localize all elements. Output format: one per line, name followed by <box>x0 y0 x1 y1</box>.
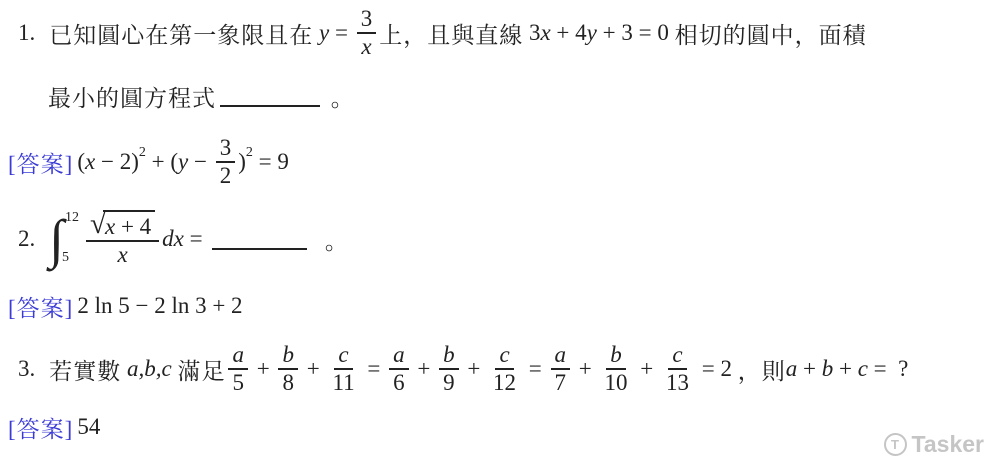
math-text: ( <box>77 149 85 175</box>
problem-1-line-1: 1. 已知圓心在第一象限且在 y = 3x上，且與直線 3x + 4y + 3 … <box>18 4 867 62</box>
math-text: ) <box>238 149 246 175</box>
fraction-denominator: 12 <box>489 370 520 396</box>
text-run: ，則 <box>738 353 786 386</box>
problem-3-text: 若實數 a,b,c 滿足a5 + b8 + c11 = a6 + b9 + c1… <box>49 342 908 397</box>
math-fraction: 3x <box>357 6 377 61</box>
fraction-numerator: c <box>334 342 352 370</box>
math-text: + <box>833 356 857 382</box>
answer-2-label: [答案] <box>8 290 73 323</box>
problem-2-number: 2. <box>18 226 35 252</box>
answer-2-formula: 2 ln 5 − 2 ln 3 + 2 <box>77 293 242 319</box>
fraction-numerator: a <box>389 342 409 370</box>
math-text: a <box>232 342 244 367</box>
problem-3-line-1: 3. 若實數 a,b,c 滿足a5 + b8 + c11 = a6 + b9 +… <box>18 336 908 402</box>
answer-2-line: [答案] 2 ln 5 − 2 ln 3 + 2 <box>8 288 243 324</box>
answer-3-label: [答案] <box>8 411 73 444</box>
math-text: b <box>282 342 294 367</box>
problem-1-line-2: 最小的圓方程式 。 <box>48 76 355 116</box>
math-text: + <box>797 356 821 382</box>
math-text: 11 <box>332 370 354 395</box>
math-text: + 4 <box>551 20 587 46</box>
math-text: x <box>118 242 128 267</box>
fraction-denominator: x <box>357 34 375 60</box>
fraction-denominator: 10 <box>601 370 632 396</box>
text-run: 。 <box>324 80 355 113</box>
fraction-denominator: 7 <box>551 370 571 396</box>
fraction-numerator: c <box>495 342 513 370</box>
fraction-numerator: 3 <box>216 135 236 163</box>
math-text: c <box>672 342 682 367</box>
answer-1-formula: (x − 2)2 + (y − 32)2 = 9 <box>77 135 289 190</box>
text-run: 上，且與直線 <box>379 17 523 50</box>
math-text: + 3 = 0 <box>597 20 675 46</box>
math-text: 5 <box>232 370 244 395</box>
integral-limits: 125 <box>64 209 79 269</box>
math-fraction: b10 <box>601 342 632 397</box>
integral-lower-limit: 5 <box>62 250 79 266</box>
math-text: + <box>412 356 436 382</box>
math-text: 8 <box>282 370 294 395</box>
math-text: a,b,c <box>127 356 172 382</box>
watermark-brand-text: Tasker <box>912 431 984 458</box>
fraction-numerator: 3 <box>357 6 377 34</box>
math-text: c <box>338 342 348 367</box>
math-text: 10 <box>605 370 628 395</box>
answer-1-label: [答案] <box>8 146 73 179</box>
math-text: c <box>858 356 868 382</box>
math-text: 9 <box>443 370 455 395</box>
math-text: 54 <box>77 414 100 440</box>
math-text: − 2) <box>95 149 139 175</box>
math-text: 2 <box>220 163 232 188</box>
math-text: + <box>573 356 597 382</box>
fraction-denominator: 2 <box>216 163 236 189</box>
problem-2-text: ∫125√x + 4xdx = 。 <box>49 206 349 272</box>
math-text: 7 <box>555 370 567 395</box>
answer-blank-line <box>212 248 307 250</box>
math-text: 3 <box>361 6 373 31</box>
math-fraction: √x + 4x <box>86 210 159 269</box>
math-text: = <box>184 226 208 252</box>
math-text: = <box>362 356 386 382</box>
fraction-denominator: 9 <box>439 370 459 396</box>
math-fraction: c12 <box>489 342 520 397</box>
text-run: 已知圓心在第一象限且在 <box>49 17 313 50</box>
fraction-denominator: x <box>114 242 132 268</box>
fraction-denominator: 5 <box>228 370 248 396</box>
text-run: 滿足 <box>177 353 225 386</box>
integral-sign: ∫125 <box>49 206 79 272</box>
integral-upper-limit: 12 <box>65 210 79 226</box>
fraction-denominator: 6 <box>389 370 409 396</box>
math-text: = <box>329 20 353 46</box>
math-text: 13 <box>666 370 689 395</box>
fraction-numerator: b <box>439 342 459 370</box>
fraction-numerator: √x + 4 <box>86 210 159 242</box>
math-text: = <box>523 356 547 382</box>
text-run: 相切的圓中，面積 <box>675 17 867 50</box>
problem-1-text-continued: 最小的圓方程式 。 <box>48 80 355 113</box>
fraction-denominator: 13 <box>662 370 693 396</box>
math-text: a <box>555 342 567 367</box>
math-text: a <box>393 342 405 367</box>
problem-3-number: 3. <box>18 356 35 382</box>
math-text: 6 <box>393 370 405 395</box>
math-text: y <box>319 20 329 46</box>
math-text: y <box>587 20 597 46</box>
math-text: x <box>85 149 95 175</box>
math-fraction: 32 <box>216 135 236 190</box>
math-text: − <box>188 149 212 175</box>
math-text: + <box>301 356 325 382</box>
fraction-denominator: 8 <box>278 370 298 396</box>
answer-3-line: [答案] 54 <box>8 408 100 446</box>
math-text: = 9 <box>253 149 289 175</box>
fraction-denominator: 11 <box>328 370 358 396</box>
math-text: 3 <box>220 135 232 160</box>
tasker-logo-icon: T <box>884 433 907 456</box>
radicand: x + 4 <box>103 210 155 240</box>
math-text: dx <box>162 226 184 252</box>
math-text: = 2 <box>696 356 738 382</box>
math-fraction: b9 <box>439 342 459 397</box>
math-fraction: c11 <box>328 342 358 397</box>
superscript: 2 <box>139 145 146 161</box>
answer-1-line: [答案] (x − 2)2 + (y − 32)2 = 9 <box>8 128 289 196</box>
math-text: c <box>499 342 509 367</box>
watermark: T Tasker <box>884 431 984 458</box>
math-fraction: a7 <box>551 342 571 397</box>
math-text: b <box>822 356 834 382</box>
fraction-numerator: b <box>278 342 298 370</box>
math-text: 2 ln 5 − 2 ln 3 + 2 <box>77 293 242 319</box>
math-worksheet-page: { "colors": { "ink": "#222222", "answer"… <box>0 0 1000 464</box>
fraction-numerator: b <box>606 342 626 370</box>
math-text: = ? <box>868 356 908 382</box>
fraction-numerator: a <box>551 342 571 370</box>
math-text: x <box>540 20 550 46</box>
fraction-numerator: c <box>668 342 686 370</box>
problem-1-text: 已知圓心在第一象限且在 y = 3x上，且與直線 3x + 4y + 3 = 0… <box>49 6 866 61</box>
superscript: 2 <box>246 145 253 161</box>
math-text: a <box>786 356 798 382</box>
fraction-numerator: a <box>228 342 248 370</box>
math-text: + ( <box>146 149 178 175</box>
problem-1-number: 1. <box>18 20 35 46</box>
math-text: x <box>361 34 371 59</box>
math-text: b <box>443 342 455 367</box>
text-run: 若實數 <box>49 353 121 386</box>
answer-3-value: 54 <box>77 414 100 440</box>
text-run: 最小的圓方程式 <box>48 80 216 113</box>
math-text: + 4 <box>115 214 151 239</box>
math-fraction: a6 <box>389 342 409 397</box>
math-text: x <box>105 214 115 239</box>
math-text: + <box>462 356 486 382</box>
math-text: + <box>251 356 275 382</box>
problem-2-line-1: 2. ∫125√x + 4xdx = 。 <box>18 198 349 280</box>
math-text: 3 <box>523 20 540 46</box>
math-fraction: c13 <box>662 342 693 397</box>
text-run: 。 <box>311 223 349 256</box>
math-text: + <box>635 356 659 382</box>
math-text: b <box>610 342 622 367</box>
math-fraction: b8 <box>278 342 298 397</box>
square-root: √x + 4 <box>90 210 155 240</box>
math-text: y <box>178 149 188 175</box>
answer-blank-line <box>220 105 320 107</box>
math-text: 12 <box>493 370 516 395</box>
math-fraction: a5 <box>228 342 248 397</box>
